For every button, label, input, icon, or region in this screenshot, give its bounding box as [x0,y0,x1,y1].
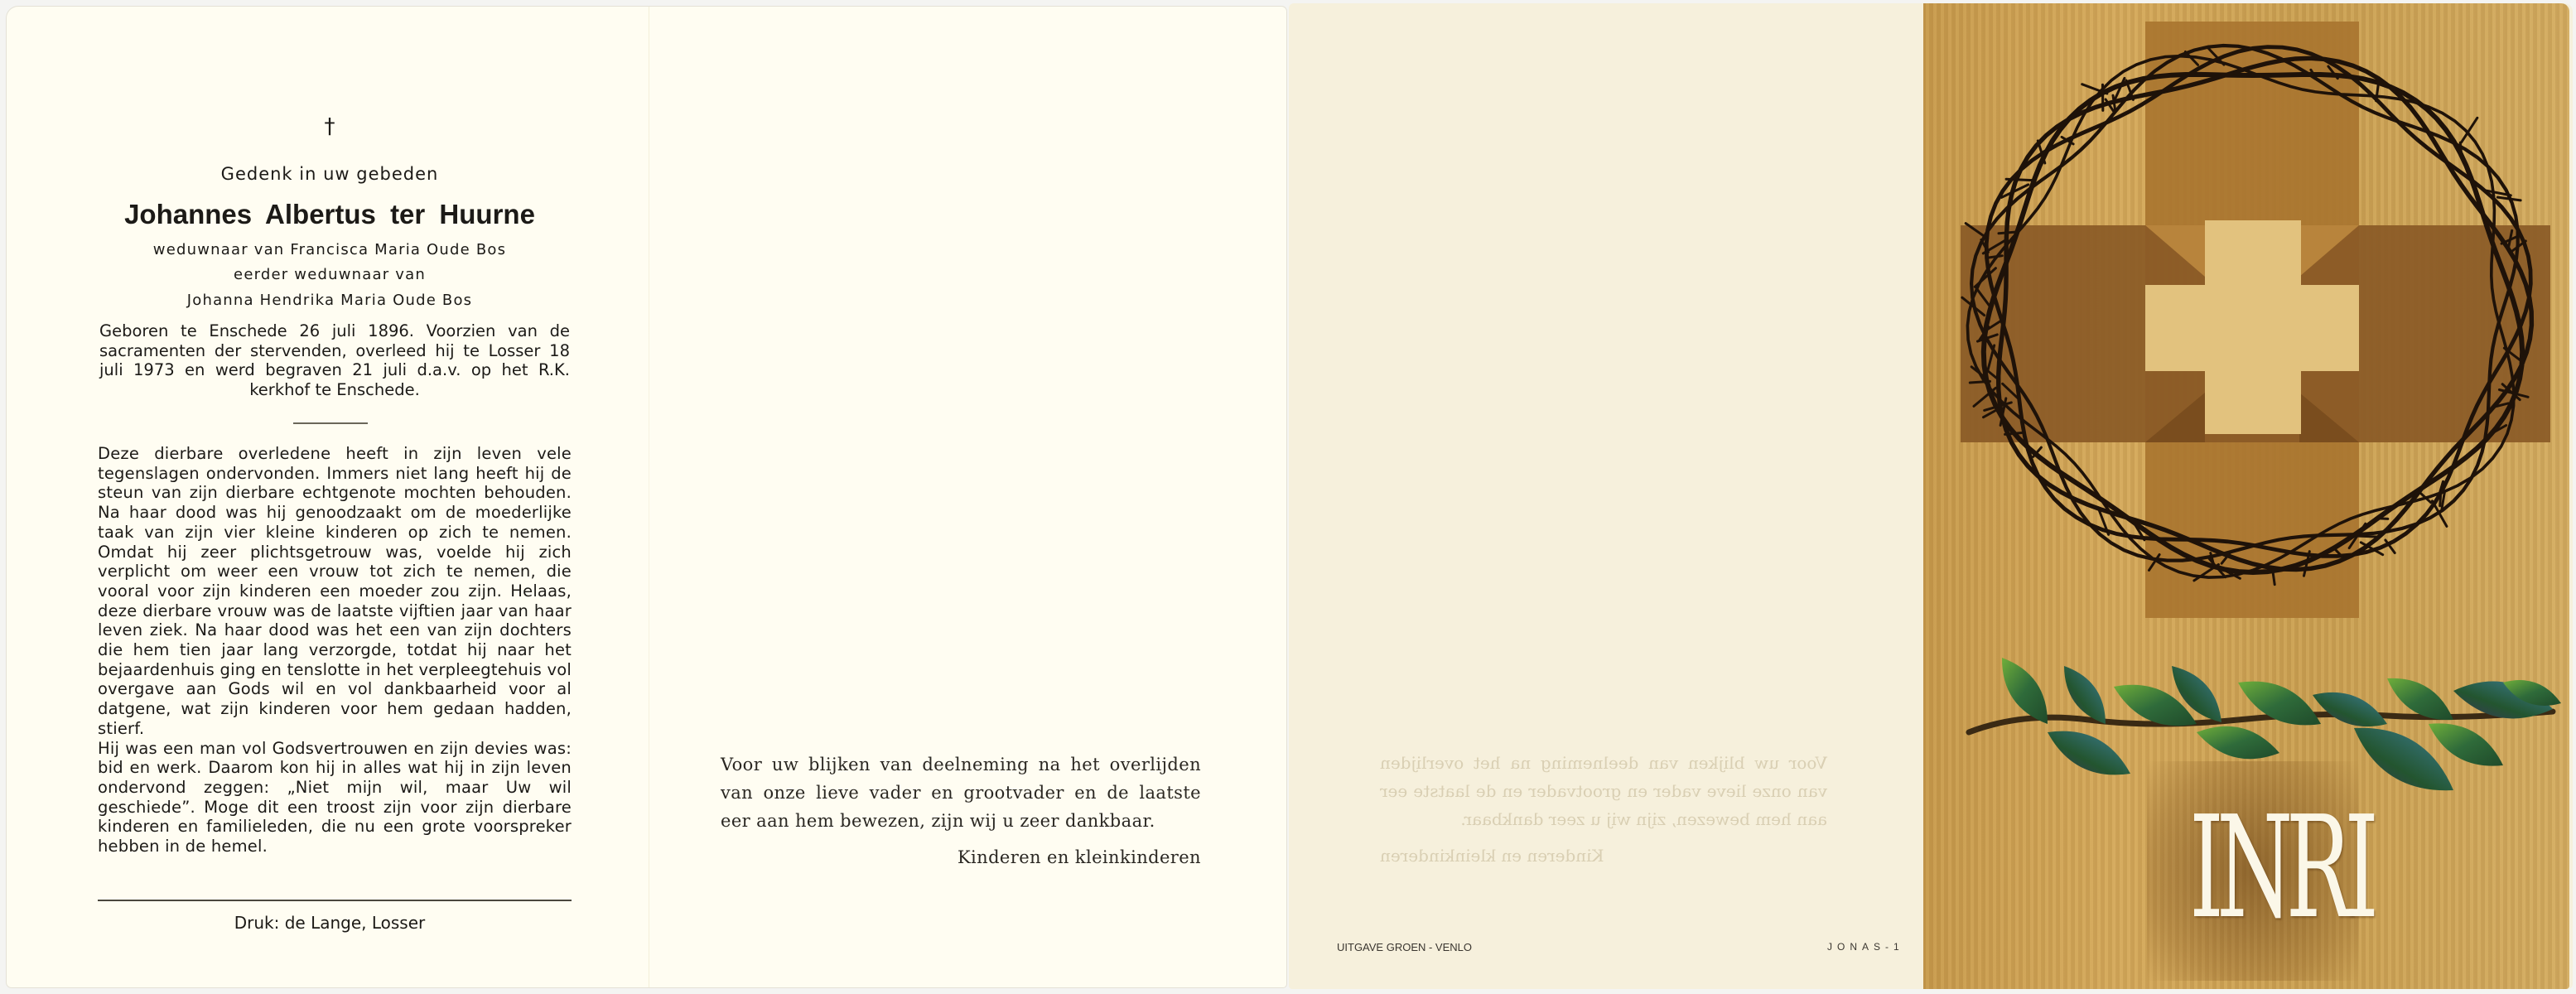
cover-artwork: INRI [1923,3,2569,989]
mourning-card-inside: † Gedenk in uw gebeden Johannes Albertus… [7,7,1286,987]
obituary-panel: † Gedenk in uw gebeden Johannes Albertus… [89,7,570,987]
biography: Deze dierbare overledene heeft in zijn l… [98,444,572,856]
invocation: Gedenk in uw gebeden [89,164,570,184]
divider [293,422,368,424]
series-code: JONAS-1 [1827,941,1904,953]
printer-credit: Druk: de Lange, Losser [89,913,570,933]
divider [98,900,572,901]
inri-inscription: INRI [2189,780,2333,956]
fold-line [649,7,649,987]
biography-paragraph: Hij was een man vol Godsvertrouwen en zi… [98,739,572,856]
biography-paragraph: Deze dierbare overledene heeft in zijn l… [98,444,572,739]
signature: Kinderen en kleinkinderen [721,843,1201,871]
bleed-thanks-text: Voor uw blijken van deelneming na het ov… [1380,749,1827,833]
widower-line: weduwnaar van Francisca Maria Oude Bos [89,241,570,258]
widower-line: eerder weduwnaar van [89,266,570,283]
bleed-through-text: Voor uw blijken van deelneming na het ov… [1380,749,1827,870]
cross-icon: † [89,114,570,139]
mourning-card-outside: Voor uw blijken van deelneming na het ov… [1289,3,2573,989]
thanks-text: Voor uw blijken van deelneming na het ov… [721,750,1201,835]
bleed-signature: Kinderen en kleinkinderen [1380,842,1827,870]
wooden-cross-icon [1961,22,2550,618]
publisher-credit: UITGAVE GROEN - VENLO [1337,941,1472,953]
dates-paragraph: Geboren te Enschede 26 juli 1896. Voorzi… [99,321,570,399]
deceased-name: Johannes Albertus ter Huurne [89,199,570,230]
thanks-panel: Voor uw blijken van deelneming na het ov… [721,750,1201,871]
widower-line: Johanna Hendrika Maria Oude Bos [89,292,570,309]
